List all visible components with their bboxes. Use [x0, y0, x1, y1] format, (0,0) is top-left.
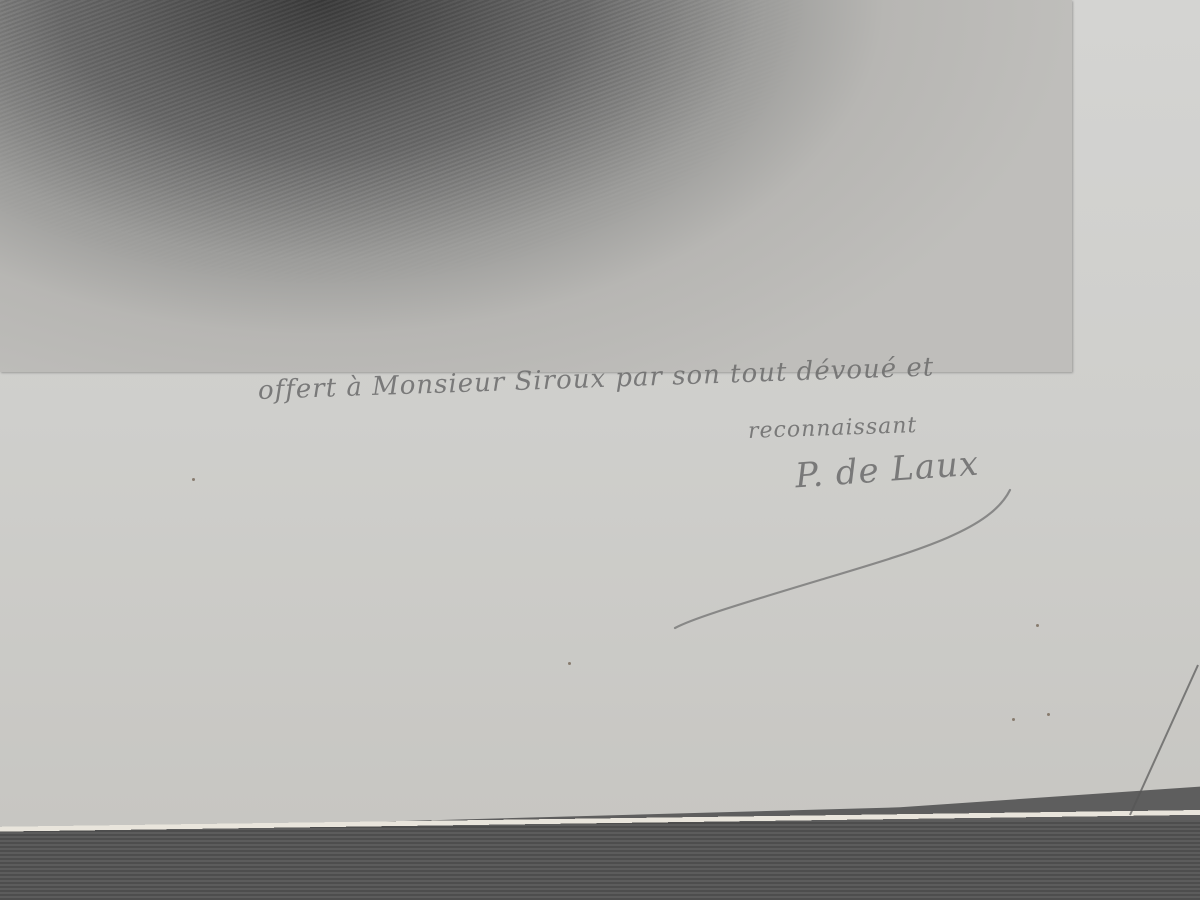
photo-scene: offert à Monsieur Siroux par son tout dé… — [0, 0, 1200, 900]
lithograph-print — [0, 0, 1072, 372]
signature-flourish — [670, 470, 1030, 640]
foxing-spot — [1047, 713, 1050, 716]
pencil-mark — [1120, 660, 1200, 820]
foxing-spot — [192, 478, 195, 481]
foxing-spot — [1012, 718, 1015, 721]
foxing-spot — [1036, 624, 1039, 627]
foxing-spot — [568, 662, 571, 665]
